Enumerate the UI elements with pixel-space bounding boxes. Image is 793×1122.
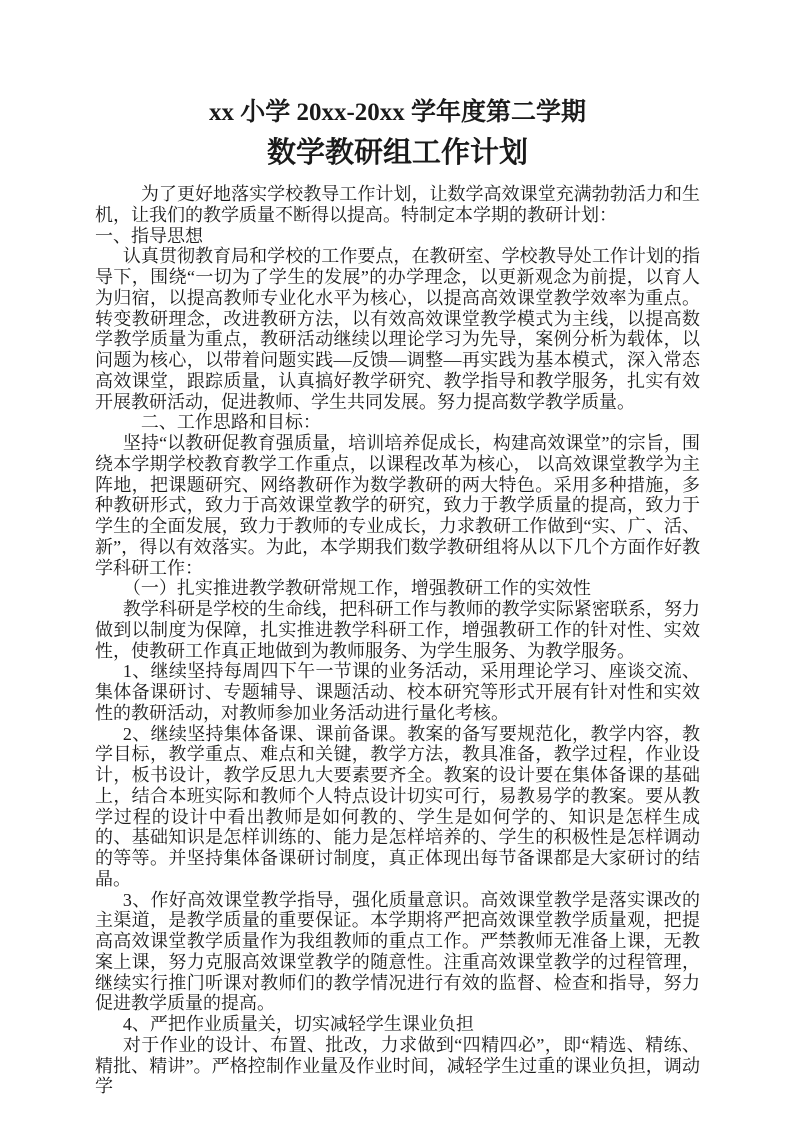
document-title: xx 小学 20xx-20xx 学年度第二学期: [95, 97, 700, 128]
document-page: xx 小学 20xx-20xx 学年度第二学期 数学教研组工作计划 为了更好地落…: [0, 0, 793, 1122]
numbered-item-4: 4、严把作业质量关，切实减轻学生课业负担: [95, 1014, 700, 1035]
numbered-item-3: 3、作好高效课堂教学指导，强化质量意识。高效课堂教学是落实课改的主渠道，是教学质…: [95, 890, 700, 1015]
paragraph-homework: 对于作业的设计、布置、批改，力求做到“四精四必”，即“精选、精练、精批、精讲”。…: [95, 1035, 700, 1097]
paragraph-intro: 为了更好地落实学校教导工作计划，让数学高效课堂充满勃勃活力和生机，让我们的教学质…: [95, 184, 700, 226]
sub-heading-1: （一）扎实推进教学教研常规工作，增强教研工作的实效性: [95, 578, 700, 599]
page-content: xx 小学 20xx-20xx 学年度第二学期 数学教研组工作计划 为了更好地落…: [0, 0, 793, 1097]
section-heading-2: 二、工作思路和目标：: [95, 412, 700, 433]
numbered-item-1: 1、继续坚持每周四下午一节课的业务活动，采用理论学习、座谈交流、集体备课研讨、专…: [95, 661, 700, 723]
document-body: 为了更好地落实学校教导工作计划，让数学高效课堂充满勃勃活力和生机，让我们的教学质…: [95, 184, 700, 1097]
paragraph-guiding-ideas: 认真贯彻教育局和学校的工作要点，在教研室、学校教导处工作计划的指导下，围绕“一切…: [95, 246, 700, 412]
numbered-item-2: 2、继续坚持集体备课、课前备课。教案的备写要规范化，教学内容，教学目标，教学重点…: [95, 724, 700, 890]
section-heading-1: 一、指导思想: [95, 226, 700, 247]
paragraph-goals: 坚持“以教研促教育强质量，培训培养促成长，构建高效课堂”的宗旨，围绕本学期学校教…: [95, 433, 700, 578]
document-subtitle: 数学教研组工作计划: [95, 135, 700, 171]
paragraph-research: 教学科研是学校的生命线，把科研工作与教师的教学实际紧密联系，努力做到以制度为保障…: [95, 599, 700, 661]
